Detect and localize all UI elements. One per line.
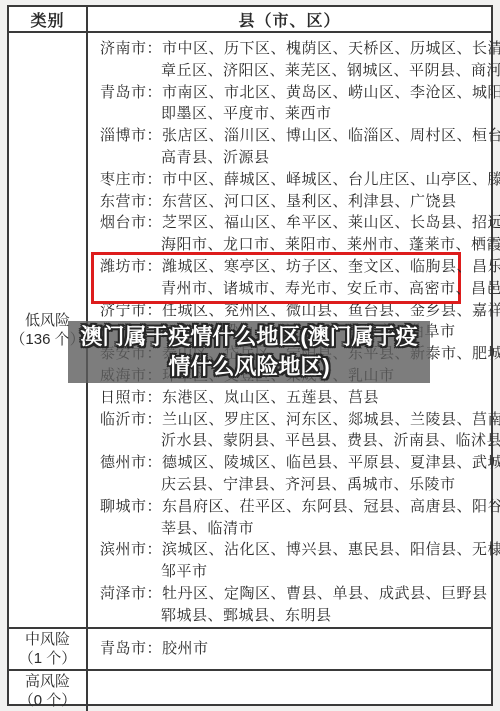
risk-row: 高风险（0 个） bbox=[9, 671, 491, 711]
county-line: 聊城市：东昌府区、茌平区、东阿县、冠县、高唐县、阳谷县 bbox=[100, 496, 485, 518]
risk-category-label: 高风险（0 个） bbox=[9, 671, 88, 711]
county-line: 日照市：东港区、岚山区、五莲县、莒县 bbox=[100, 387, 485, 409]
risk-category-label-line: 低风险 bbox=[25, 311, 70, 330]
county-line: 烟台市：芝罘区、福山区、牟平区、莱山区、长岛县、招远市 bbox=[100, 212, 485, 234]
county-line: 庆云县、宁津县、齐河县、禹城市、乐陵市 bbox=[161, 474, 485, 496]
risk-category-label-line: （1 个） bbox=[19, 649, 77, 668]
risk-category-label: 中风险（1 个） bbox=[9, 629, 88, 669]
county-line: 菏泽市：牡丹区、定陶区、曹县、单县、成武县、巨野县 bbox=[100, 583, 485, 605]
city-entry: 淄博市：张店区、淄川区、博山区、临淄区、周村区、桓台县高青县、沂源县 bbox=[100, 125, 485, 169]
city-entry: 枣庄市：市中区、薛城区、峄城区、台儿庄区、山亭区、滕州市 bbox=[100, 169, 485, 191]
county-line: 潍坊市：潍城区、寒亭区、坊子区、奎文区、临朐县、昌乐县 bbox=[100, 256, 454, 278]
city-entry-highlighted: 潍坊市：潍城区、寒亭区、坊子区、奎文区、临朐县、昌乐县青州市、诸城市、寿光市、安… bbox=[91, 252, 461, 304]
city-entry: 青岛市：胶州市 bbox=[100, 638, 485, 660]
header-county: 县（市、区） bbox=[88, 7, 491, 31]
city-entry: 青岛市：市南区、市北区、黄岛区、崂山区、李沧区、城阳区即墨区、平度市、莱西市 bbox=[100, 82, 485, 126]
county-line: 滨州市：滨城区、沾化区、博兴县、惠民县、阳信县、无棣县 bbox=[100, 539, 485, 561]
county-line: 沂水县、蒙阴县、平邑县、费县、沂南县、临沭县 bbox=[161, 430, 485, 452]
county-line: 青州市、诸城市、寿光市、安丘市、高密市、昌邑市 bbox=[161, 278, 454, 300]
city-entry: 滨州市：滨城区、沾化区、博兴县、惠民县、阳信县、无棣县邹平市 bbox=[100, 539, 485, 583]
county-line: 章丘区、济阳区、莱芜区、钢城区、平阴县、商河县 bbox=[161, 60, 485, 82]
city-entry: 菏泽市：牡丹区、定陶区、曹县、单县、成武县、巨野县郓城县、鄄城县、东明县 bbox=[100, 583, 485, 627]
watermark-text-line2: 情什么风险地区) bbox=[168, 352, 329, 382]
county-line: 临沂市：兰山区、罗庄区、河东区、郯城县、兰陵县、莒南县 bbox=[100, 409, 485, 431]
county-line: 德州市：德城区、陵城区、临邑县、平原县、夏津县、武城县 bbox=[100, 452, 485, 474]
county-line: 青岛市：市南区、市北区、黄岛区、崂山区、李沧区、城阳区 bbox=[100, 82, 485, 104]
county-list-cell bbox=[88, 671, 491, 711]
county-line: 莘县、临清市 bbox=[161, 518, 485, 540]
county-line: 东营市：东营区、河口区、垦利区、利津县、广饶县 bbox=[100, 191, 485, 213]
city-entry: 烟台市：芝罘区、福山区、牟平区、莱山区、长岛县、招远市海阳市、龙口市、莱阳市、莱… bbox=[100, 212, 485, 256]
county-line: 青岛市：胶州市 bbox=[100, 638, 485, 660]
risk-category-label-line: （0 个） bbox=[19, 691, 77, 710]
county-line: 即墨区、平度市、莱西市 bbox=[161, 103, 485, 125]
watermark-overlay: 澳门属于疫情什么地区(澳门属于疫 情什么风险地区) bbox=[68, 321, 430, 383]
county-line: 邹平市 bbox=[161, 561, 485, 583]
city-entry: 临沂市：兰山区、罗庄区、河东区、郯城县、兰陵县、莒南县沂水县、蒙阴县、平邑县、费… bbox=[100, 409, 485, 453]
county-line: 淄博市：张店区、淄川区、博山区、临淄区、周村区、桓台县 bbox=[100, 125, 485, 147]
table-header-row: 类别 县（市、区） bbox=[9, 7, 491, 33]
county-line: 郓城县、鄄城县、东明县 bbox=[161, 605, 485, 627]
page-background: 类别 县（市、区） 低风险（136 个）济南市：市中区、历下区、槐荫区、天桥区、… bbox=[0, 0, 500, 711]
county-line: 枣庄市：市中区、薛城区、峄城区、台儿庄区、山亭区、滕州市 bbox=[100, 169, 485, 191]
risk-row: 中风险（1 个）青岛市：胶州市 bbox=[9, 629, 491, 671]
city-entry: 日照市：东港区、岚山区、五莲县、莒县 bbox=[100, 387, 485, 409]
city-entry: 德州市：德城区、陵城区、临邑县、平原县、夏津县、武城县庆云县、宁津县、齐河县、禹… bbox=[100, 452, 485, 496]
city-entry: 聊城市：东昌府区、茌平区、东阿县、冠县、高唐县、阳谷县莘县、临清市 bbox=[100, 496, 485, 540]
risk-category-label-line: 高风险 bbox=[25, 672, 70, 691]
watermark-text-line1: 澳门属于疫情什么地区(澳门属于疫 bbox=[80, 322, 417, 352]
city-entry: 济南市：市中区、历下区、槐荫区、天桥区、历城区、长清区章丘区、济阳区、莱芜区、钢… bbox=[100, 38, 485, 82]
city-entry: 东营市：东营区、河口区、垦利区、利津县、广饶县 bbox=[100, 191, 485, 213]
county-line: 济南市：市中区、历下区、槐荫区、天桥区、历城区、长清区 bbox=[100, 38, 485, 60]
header-category: 类别 bbox=[9, 7, 88, 31]
risk-category-label-line: 中风险 bbox=[25, 630, 70, 649]
county-line: 高青县、沂源县 bbox=[161, 147, 485, 169]
county-list-cell: 青岛市：胶州市 bbox=[88, 629, 491, 669]
